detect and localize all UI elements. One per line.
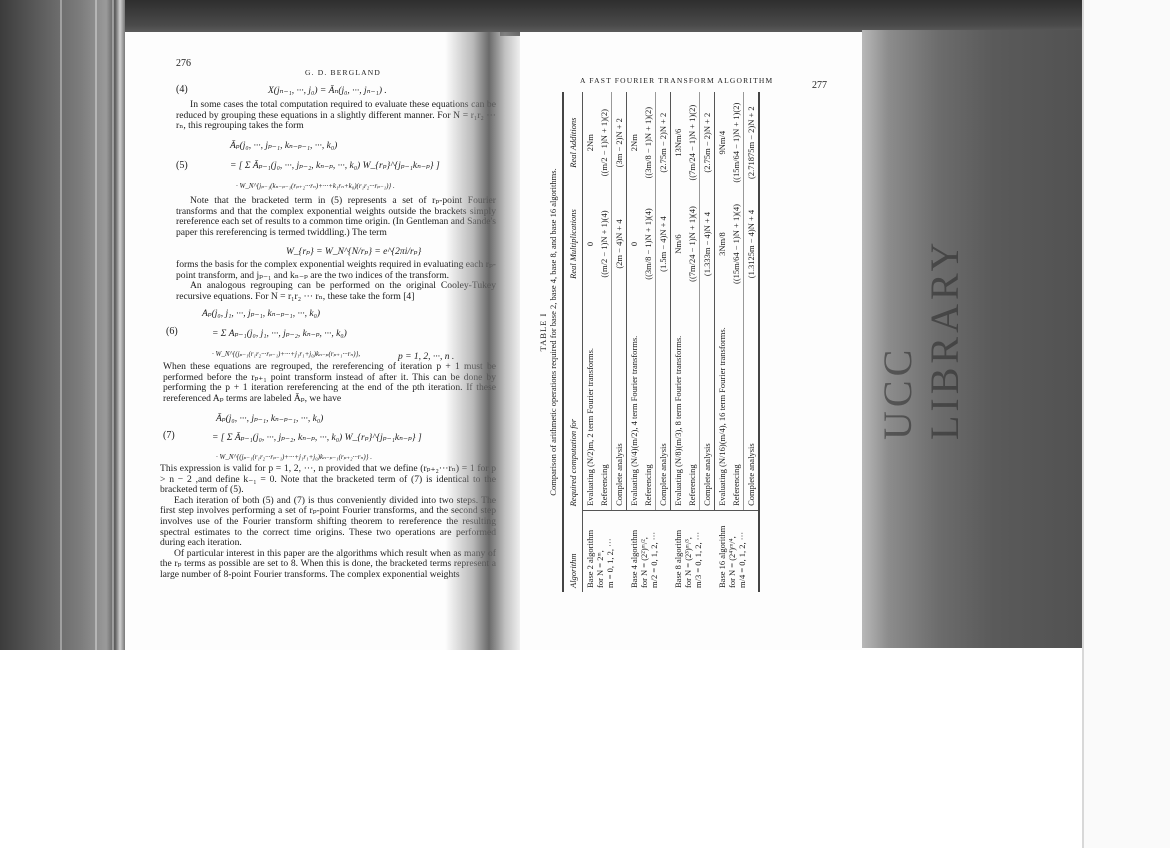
equation-5-line2: = [ Σ Āₚ₋₁(j₀, ···, jₚ₋₂, kₙ₋ₚ, ···, k₀)…	[230, 160, 440, 171]
running-head-left: G. D. BERGLAND	[305, 68, 381, 77]
scanner-bed-right	[1082, 0, 1170, 848]
library-stamp: UCC LIBRARY	[874, 180, 954, 440]
header-algorithm: Algorithm	[563, 510, 583, 592]
table-caption-text: Comparison of arithmetic operations requ…	[548, 72, 558, 592]
page-number-left: 276	[176, 58, 191, 69]
equation-7-line3: · W_N^{(jₚ₋₁(r₁r₂···rₚ₋₁)+···+j₁r₁+j₀)kₙ…	[216, 453, 372, 461]
header-additions: Real Additions	[563, 92, 583, 193]
table-row: Base 16 algorithm for N = (2⁴)ᵐ/⁴, m/4 =…	[715, 92, 730, 592]
table-label: TABLE I	[538, 72, 548, 592]
operations-table: Algorithm Required computation for Real …	[562, 92, 760, 592]
equation-7-line2: = [ Σ Āₚ₋₁(j₀, ···, jₚ₋₂, kₙ₋ₚ, ···, k₀)…	[212, 432, 422, 443]
equation-4-label: (4)	[176, 84, 188, 95]
table-caption: TABLE I Comparison of arithmetic operati…	[538, 72, 558, 592]
equation-7-line1: Āₚ(j₀, ···, jₚ₋₁, kₙ₋ₚ₋₁, ···, k₀)	[216, 413, 323, 424]
equation-6-label: (6)	[166, 326, 178, 337]
algorithm-cell: Base 2 algorithm for N = 2ᵐ, m = 0, 1, 2…	[583, 510, 627, 592]
equation-twiddle: W_{rₚ} = W_N^{N/rₚ} = e^{2πi/rₚ}	[286, 246, 421, 257]
header-required: Required computation for	[563, 295, 583, 511]
algorithm-cell: Base 8 algorithm for N = (2³)ᵐ/³, m/3 = …	[671, 510, 715, 592]
algorithm-cell: Base 16 algorithm for N = (2⁴)ᵐ/⁴, m/4 =…	[715, 510, 760, 592]
book-edge-right: UCC LIBRARY	[862, 30, 1082, 648]
equation-7-label: (7)	[163, 430, 175, 441]
algorithm-cell: Base 4 algorithm for N = (2²)ᵐ/², m/2 = …	[627, 510, 671, 592]
table-row: Base 2 algorithm for N = 2ᵐ, m = 0, 1, 2…	[583, 92, 598, 592]
book-edge-left	[0, 0, 125, 650]
table-row: Base 4 algorithm for N = (2²)ᵐ/², m/2 = …	[627, 92, 642, 592]
equation-4: X(jₙ₋₁, ···, j₀) = Āₙ(j₀, ···, jₙ₋₁) .	[268, 85, 387, 96]
equation-5-label: (5)	[176, 160, 188, 171]
equation-6-line3: · W_N^{(jₚ₋₁(r₁r₂···rₚ₋₁)+···+j₁r₁+j₀)kₙ…	[212, 350, 360, 358]
equation-5-line3: · W_N^{jₚ₋₁(kₙ₋ₚ₋₁(rₚ₊₂···rₙ)+···+k₁rₙ+k…	[236, 182, 395, 190]
table-row: Base 8 algorithm for N = (2³)ᵐ/³, m/3 = …	[671, 92, 686, 592]
equation-6-line1: Aₚ(j₀, j₁, ···, jₚ₋₁, kₙ₋ₚ₋₁, ···, k₀)	[202, 308, 320, 319]
equation-5-line1: Āₚ(j₀, ···, jₚ₋₁, kₙ₋ₚ₋₁, ···, k₀)	[230, 140, 337, 151]
page-277: A FAST FOURIER TRANSFORM ALGORITHM 277 T…	[520, 32, 862, 650]
header-multiplications: Real Multiplications	[563, 193, 583, 294]
table-1-rotated: TABLE I Comparison of arithmetic operati…	[538, 72, 818, 592]
book-gutter	[445, 32, 525, 650]
equation-6-line2: = Σ Aₚ₋₁(j₀, j₁, ···, jₚ₋₂, kₙ₋ₚ, ···, k…	[212, 328, 347, 339]
